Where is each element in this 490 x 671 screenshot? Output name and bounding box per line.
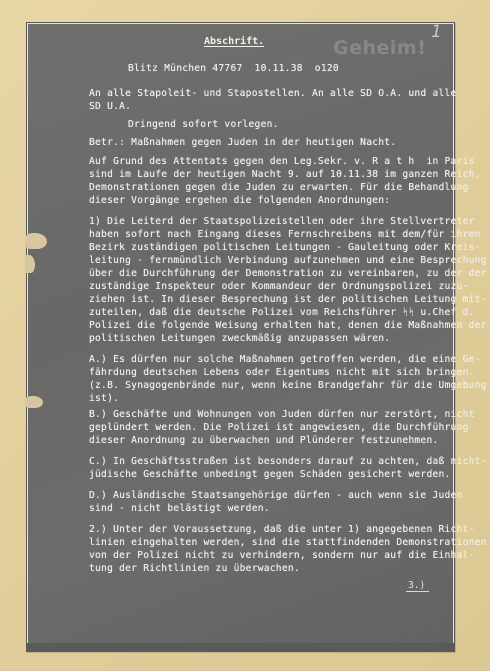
section-1-line: 1) Die Leiterd der Staatspolizeistellen …	[89, 216, 475, 228]
section-c-line: jüdische Geschäfte unbedingt gegen Schäd…	[89, 469, 451, 481]
section-a-line: (z.B. Synagogenbrände nur, wenn keine Br…	[89, 380, 487, 392]
section-2-line: von der Polizei nicht zu verhindern, son…	[89, 550, 475, 562]
section-b-line: B.) Geschäfte und Wohnungen von Juden dü…	[89, 409, 475, 421]
section-1-line: zuständige Inspekteur oder Kommandeur de…	[89, 281, 469, 293]
section-1-line: leitung - fernmündlich Verbindung aufzun…	[89, 255, 487, 267]
continuation-reference: 3.)	[406, 580, 429, 592]
secret-stamp: Geheim!	[333, 37, 426, 59]
intro-line: dieser Vorgänge ergehen die folgenden An…	[89, 195, 390, 207]
section-1-line: Polizei die folgende Weisung erhalten ha…	[89, 320, 487, 332]
section-1-line: zuteilen, daß die deutsche Polizei vom R…	[89, 307, 475, 319]
section-a-line: fährdung deutschen Lebens oder Eigentums…	[89, 367, 475, 379]
intro-line: Auf Grund des Attentats gegen den Leg.Se…	[89, 156, 475, 168]
section-1-line: über die Durchführung der Demonstration …	[89, 268, 487, 280]
section-2-line: linien eingehalten werden, sind die stat…	[89, 537, 487, 549]
intro-line: Demonstrationen gegen die Juden zu erwar…	[89, 182, 469, 194]
section-2-line: tung der Richtlinien zu überwachen.	[89, 563, 300, 575]
section-c-line: C.) In Geschäftsstraßen ist besonders da…	[89, 456, 487, 468]
document-title: Abschrift.	[204, 36, 264, 47]
section-b-line: dieser Anordnung zu überwachen und Plünd…	[89, 435, 439, 447]
addressee-line: SD U.A.	[89, 101, 131, 113]
section-d-line: D.) Ausländische Staatsangehörige dürfen…	[89, 490, 463, 502]
section-b-line: geplündert werden. Die Polizei ist angew…	[89, 422, 469, 434]
paper-damage	[25, 233, 47, 249]
subject-line: Betr.: Maßnahmen gegen Juden in der heut…	[89, 137, 396, 149]
section-1-line: ziehen ist. In dieser Besprechung ist de…	[89, 294, 487, 306]
section-2-line: 2.) Unter der Voraussetzung, daß die unt…	[89, 524, 475, 536]
page-number: 1	[431, 22, 442, 42]
paper-damage	[25, 255, 35, 273]
telegram-header: Blitz München 47767 10.11.38 o120	[128, 63, 339, 75]
section-a-line: A.) Es dürfen nur solche Maßnahmen getro…	[89, 354, 481, 366]
section-1-line: haben sofort nach Eingang dieses Fernsch…	[89, 229, 481, 241]
section-1-line: Bezirk zuständigen politischen Leitungen…	[89, 242, 481, 254]
section-d-line: sind - nicht belästigt werden.	[89, 503, 270, 515]
paper-damage	[25, 396, 43, 408]
urgency-note: Dringend sofort vorlegen.	[128, 119, 279, 131]
intro-line: sind im Laufe der heutigen Nacht 9. auf …	[89, 169, 481, 181]
addressee-line: An alle Stapoleit- und Stapostellen. An …	[89, 88, 457, 100]
section-1-line: politischen Leitungen zweckmäßig anzupas…	[89, 333, 390, 345]
section-a-line: ist).	[89, 393, 119, 405]
